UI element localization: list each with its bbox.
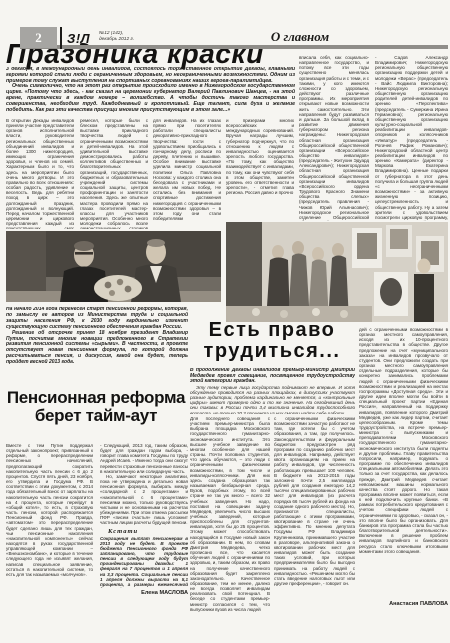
header-rule — [20, 45, 448, 49]
pension-quote: - Следующий, 2013 год, таким образом, бу… — [100, 443, 188, 474]
pension-analysis: Но, замечают некоторые аналитики, пока н… — [100, 474, 188, 526]
pension-subhead: Кстати — [108, 528, 188, 535]
headline-work-line2: трудиться... — [188, 341, 356, 362]
festival-col-5: вписала себя, как социально-направленное… — [299, 55, 369, 221]
pension-bold-figures: Сокращения выплат пенсионерам в 2013 год… — [100, 536, 188, 589]
work-col-2: с ограниченными физическими возможностям… — [274, 416, 355, 632]
page-number: 2 — [20, 27, 57, 48]
pension-col-1: Вместе с тем Путин поддержал отдельный з… — [6, 443, 93, 602]
photo-ceremony-art — [6, 231, 221, 302]
headline-work-line1: Есть право — [188, 320, 356, 341]
pension-col-2: - Следующий, 2013 год, таким образом, бу… — [100, 443, 188, 588]
festival-col-3: для инвалидов. На их глазах прямо при по… — [153, 118, 221, 229]
festival-col-4: и призерами многих всероссийских и между… — [226, 118, 294, 229]
festival-lede-p1: 3 декабря, в Международный день инвалидо… — [6, 67, 295, 84]
photo-ceremony-guests — [6, 231, 221, 302]
headline-pension: Пенсионная реформа берет тайм-аут — [2, 389, 190, 429]
work-lede-bold: В продолжение Декады инвалидов премьер-м… — [190, 368, 355, 385]
festival-col-1: В открытии Декады инвалидов приняли учас… — [6, 118, 74, 229]
work-lede-italic: Эту тему первые лица государства поднима… — [190, 385, 355, 414]
festival-col-6: - Садов Александр Владимирович; Нижегоро… — [375, 55, 448, 221]
festival-col-2: ремесел, которые были с блеском представ… — [80, 118, 148, 229]
pension-intro-p2: Решение об отсрочке принял 18 ноября пре… — [6, 331, 188, 366]
pension-intro-p1: На начало 2014 года перенесен старт пенс… — [6, 307, 188, 331]
header-divider — [60, 27, 62, 49]
work-lede: В продолжение Декады инвалидов премьер-м… — [190, 368, 355, 414]
work-col-1: Для последнего совещания с участием прем… — [190, 416, 270, 632]
work-col-3: дей с ограниченными возможностями в орга… — [359, 327, 448, 597]
headline-work: Есть право трудиться... — [188, 320, 356, 362]
newspaper-page: 2 З!Л №12 (142), декабрь 2012 г. О главн… — [0, 0, 450, 643]
byline-pavlova: Анастасия ПАВЛОВА — [357, 601, 448, 607]
pension-intro: На начало 2014 года перенесен старт пенс… — [6, 307, 188, 386]
festival-lede-p2: Очень символично, что на этот раз открыт… — [6, 84, 295, 113]
festival-lede: 3 декабря, в Международный день инвалидо… — [6, 67, 295, 116]
photo-exhibition-art — [226, 222, 448, 322]
photo-exhibition — [226, 222, 448, 322]
byline-maslova: Елена МАСЛОВА — [100, 590, 188, 596]
